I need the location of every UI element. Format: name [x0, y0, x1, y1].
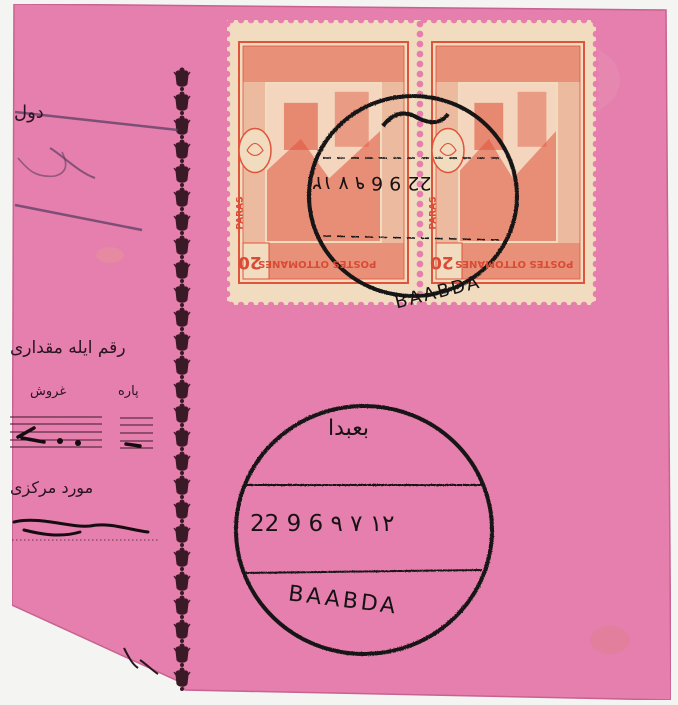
lower-postmark-top-script: بعبدا [328, 416, 369, 441]
form-top-label: دول [14, 102, 44, 123]
form-amount-label: رقم ايله مقداری [10, 338, 126, 358]
stamp-left-value: 20 [238, 252, 262, 272]
currency-piastres-label: غروش [30, 384, 66, 399]
upper-postmark-date: 22 9 6 ١٢ ٧ ٩ [312, 172, 431, 194]
lower-postmark-date: 22 9 6 ١٢ ٧ ٩ [250, 511, 395, 537]
stamp-left-unit: PARAS [236, 196, 246, 229]
stamp-right-unit: PARAS [429, 196, 439, 229]
currency-paras-label: پاره [118, 384, 139, 399]
stamp-left-issuer: POSTES OTTOMANES [258, 258, 376, 269]
stamp-right-value: 20 [430, 252, 454, 272]
stamp-right-issuer: POSTES OTTOMANES [455, 258, 573, 269]
office-label: مورد مركزی [10, 478, 93, 497]
